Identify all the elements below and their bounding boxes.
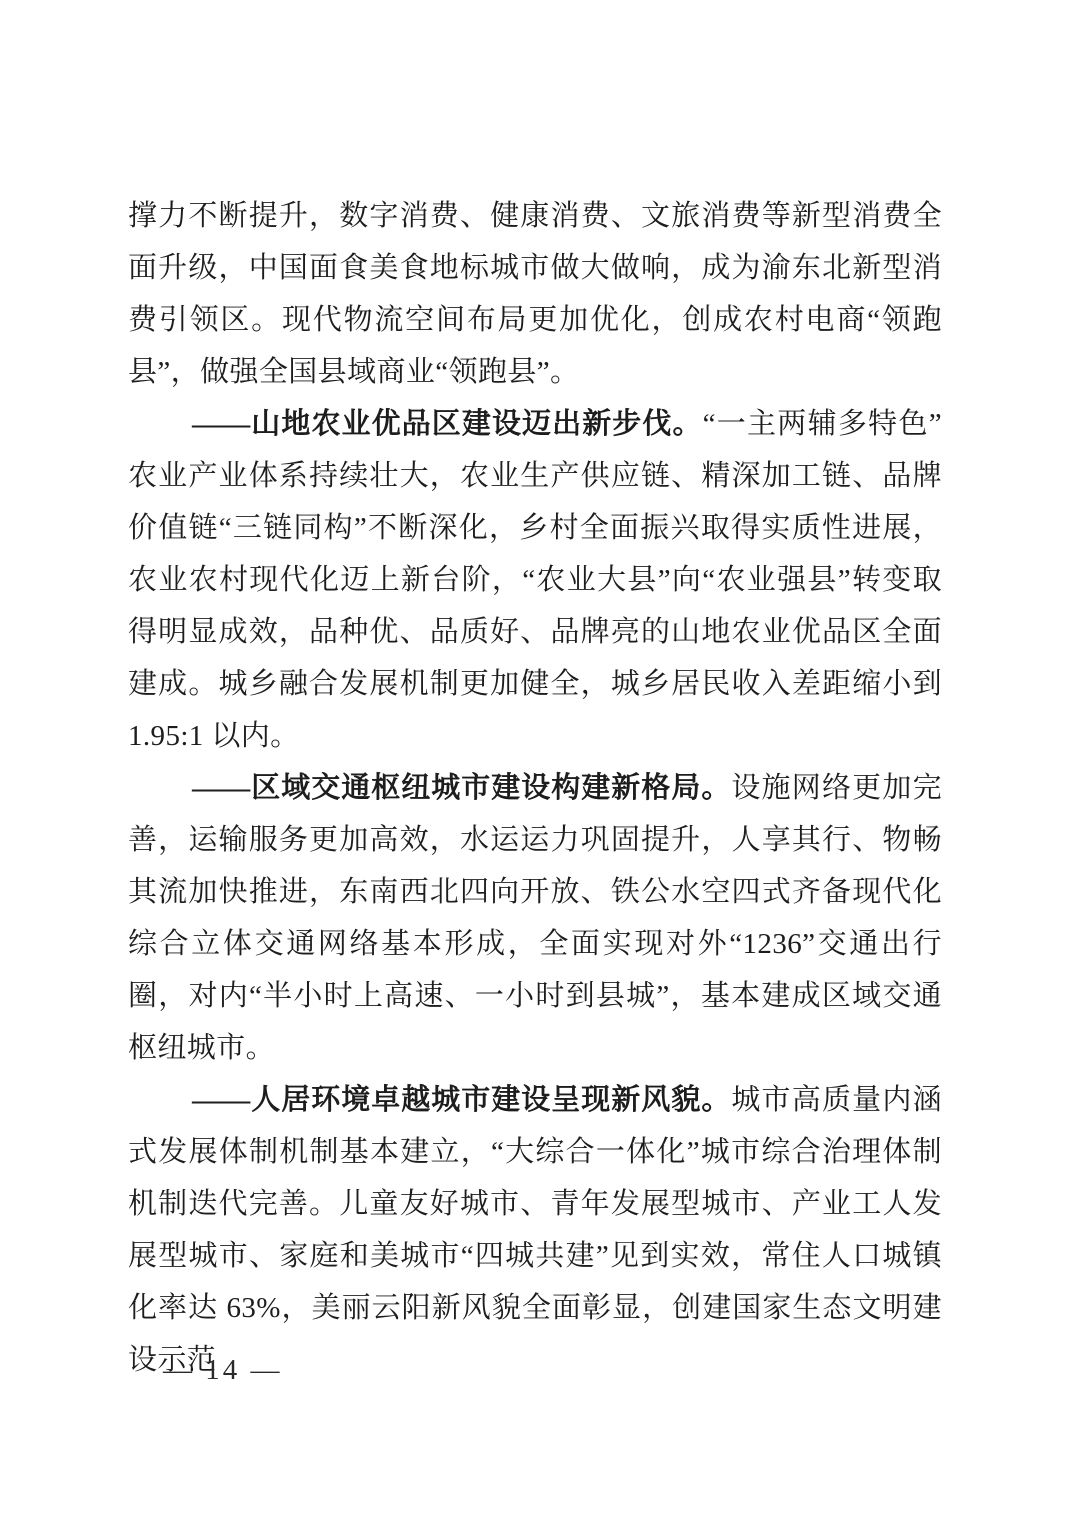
paragraph-transport: ——区域交通枢纽城市建设构建新格局。设施网络更加完善，运输服务更加高效，水运运力… [128,762,942,1074]
paragraph-agriculture: ——山地农业优品区建设迈出新步伐。“一主两辅多特色”农业产业体系持续壮大，农业生… [128,398,942,762]
paragraph-environment: ——人居环境卓越城市建设呈现新风貌。城市高质量内涵式发展体制机制基本建立，“大综… [128,1074,942,1386]
paragraph-lead: ——区域交通枢纽城市建设构建新格局。 [192,772,731,804]
paragraph-text: 城市高质量内涵式发展体制机制基本建立，“大综合一体化”城市综合治理体制机制迭代完… [128,1084,942,1376]
page-number: — 14 — [163,1350,283,1390]
paragraph-consumption: 撑力不断提升，数字消费、健康消费、文旅消费等新型消费全面升级，中国面食美食地标城… [128,190,942,398]
paragraph-text: “一主两辅多特色”农业产业体系持续壮大，农业生产供应链、精深加工链、品牌价值链“… [128,408,942,752]
document-page: 撑力不断提升，数字消费、健康消费、文旅消费等新型消费全面升级，中国面食美食地标城… [0,0,1074,1520]
document-text-block: 撑力不断提升，数字消费、健康消费、文旅消费等新型消费全面升级，中国面食美食地标城… [128,190,942,1386]
paragraph-text: 撑力不断提升，数字消费、健康消费、文旅消费等新型消费全面升级，中国面食美食地标城… [128,200,942,388]
paragraph-lead: ——山地农业优品区建设迈出新步伐。 [192,408,703,440]
paragraph-text: 设施网络更加完善，运输服务更加高效，水运运力巩固提升，人享其行、物畅其流加快推进… [128,772,942,1064]
paragraph-lead: ——人居环境卓越城市建设呈现新风貌。 [192,1084,731,1116]
